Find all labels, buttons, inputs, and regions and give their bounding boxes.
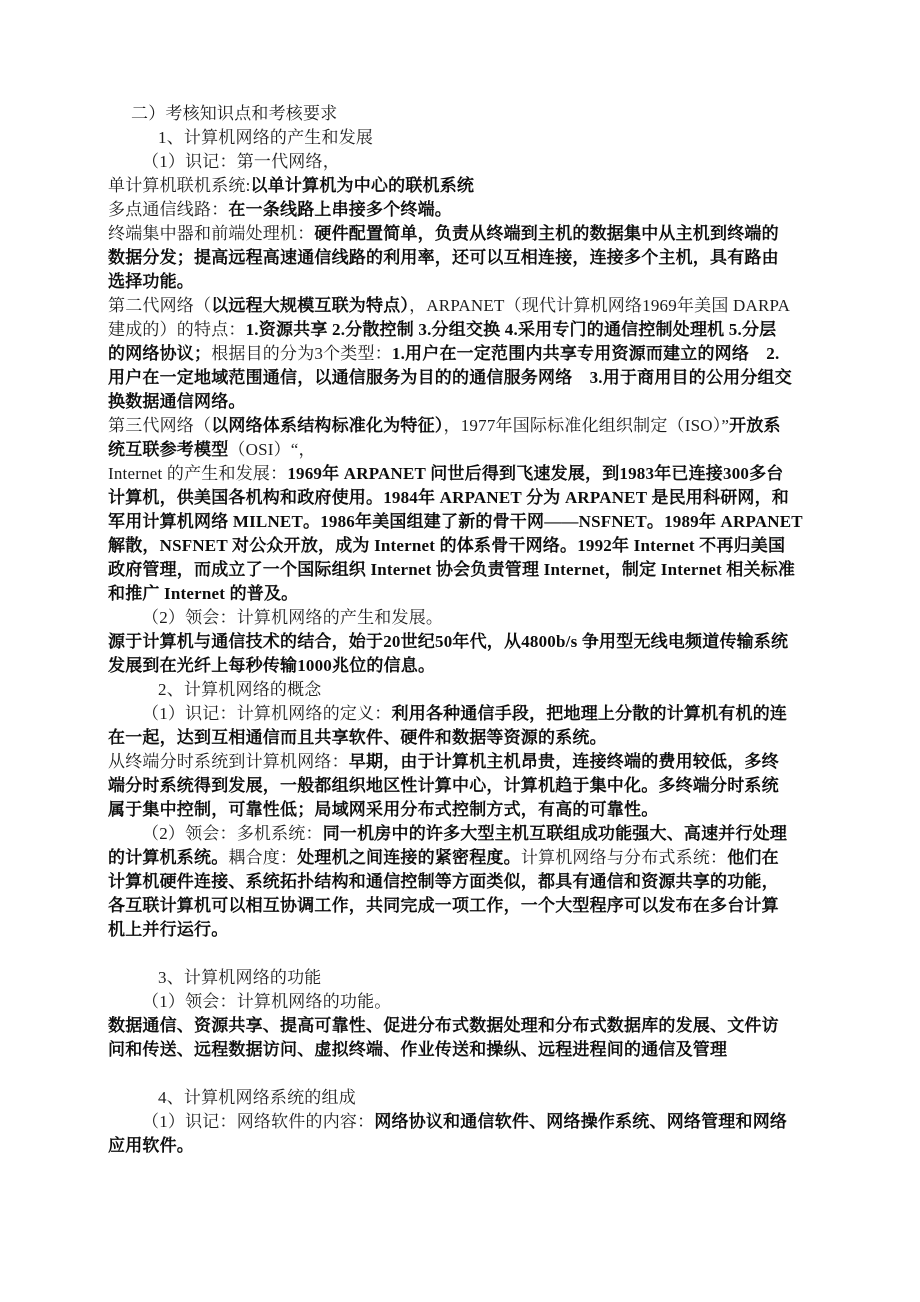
text-run: 耦合度：: [228, 848, 297, 867]
text-run: 计算机网络与分布式系统：: [521, 848, 727, 867]
text-line: 和推广 Internet 的普及。: [108, 582, 814, 606]
bold-text-run: 处理机之间连接的紧密程度。: [297, 848, 521, 867]
bold-text-run: 应用软件。: [108, 1136, 194, 1155]
text-line: 机上并行运行。: [108, 918, 814, 942]
text-line: 从终端分时系统到计算机网络：早期，由于计算机主机昂贵，连接终端的费用较低，多终: [108, 750, 814, 774]
text-line: （1）识记：网络软件的内容：网络协议和通信软件、网络操作系统、网络管理和网络: [108, 1110, 814, 1134]
bold-text-run: 在一起，达到互相通信而且共享软件、硬件和数据等资源的系统。: [108, 728, 607, 747]
blank-line: [108, 1062, 814, 1086]
text-run: 建成的）的特点：: [108, 320, 246, 339]
document-page: 二）考核知识点和考核要求1、计算机网络的产生和发展（1）识记：第一代网络，单计算…: [0, 0, 920, 1302]
text-line: 计算机硬件连接、系统拓扑结构和通信控制等方面类似，都具有通信和资源共享的功能，: [108, 870, 814, 894]
text-run: （OSI）“，: [228, 440, 315, 459]
text-line: Internet 的产生和发展：1969年 ARPANET 问世后得到飞速发展，…: [108, 462, 814, 486]
bold-text-run: 端分时系统得到发展，一般都组织地区性计算中心，计算机趋于集中化。多终端分时系统: [108, 776, 779, 795]
text-line: 终端集中器和前端处理机：硬件配置简单，负责从终端到主机的数据集中从主机到终端的: [108, 222, 814, 246]
text-line: 的网络协议；根据目的分为3个类型：1.用户在一定范围内共享专用资源而建立的网络 …: [108, 342, 814, 366]
text-line: 军用计算机网络 MILNET。1986年美国组建了新的骨干网——NSFNET。1…: [108, 510, 814, 534]
text-run: （2）领会：多机系统：: [142, 824, 323, 843]
bold-text-run: 解散，NSFNET 对公众开放，成为 Internet 的体系骨干网络。1992…: [108, 536, 785, 555]
text-line: 多点通信线路：在一条线路上串接多个终端。: [108, 198, 814, 222]
text-line: 换数据通信网络。: [108, 390, 814, 414]
text-line: 问和传送、远程数据访问、虚拟终端、作业传送和操纵、远程进程间的通信及管理: [108, 1038, 814, 1062]
bold-text-run: 早期，由于计算机主机昂贵，连接终端的费用较低，多终: [349, 752, 779, 771]
text-run: 单计算机联机系统:: [108, 176, 251, 195]
bold-text-run: 以远程大规模互联为特点）: [211, 296, 409, 315]
bold-text-run: 换数据通信网络。: [108, 392, 246, 411]
bold-text-run: 开放系: [729, 416, 781, 435]
text-line: 数据通信、资源共享、提高可靠性、促进分布式数据处理和分布式数据库的发展、文件访: [108, 1014, 814, 1038]
text-run: 多点通信线路：: [108, 200, 228, 219]
text-line: 用户在一定地域范围通信，以通信服务为目的的通信服务网络 3.用于商用目的公用分组…: [108, 366, 814, 390]
bold-text-run: 用户在一定地域范围通信，以通信服务为目的的通信服务网络 3.用于商用目的公用分组…: [108, 368, 792, 387]
bold-text-run: 在一条线路上串接多个终端。: [228, 200, 452, 219]
bold-text-run: 问和传送、远程数据访问、虚拟终端、作业传送和操纵、远程进程间的通信及管理: [108, 1040, 727, 1059]
bold-text-run: 数据分发；提高远程高速通信线路的利用率，还可以互相连接，连接多个主机，具有路由: [108, 248, 779, 267]
text-line: 1、计算机网络的产生和发展: [108, 126, 814, 150]
text-run: ，1977年国际标准化组织制定（ISO）”: [444, 416, 730, 435]
bold-text-run: 发展到在光纤上每秒传输1000兆位的信息。: [108, 656, 435, 675]
text-line: 解散，NSFNET 对公众开放，成为 Internet 的体系骨干网络。1992…: [108, 534, 814, 558]
document-body: 二）考核知识点和考核要求1、计算机网络的产生和发展（1）识记：第一代网络，单计算…: [108, 102, 814, 1158]
text-run: 二）考核知识点和考核要求: [131, 104, 337, 123]
text-line: 单计算机联机系统:以单计算机为中心的联机系统: [108, 174, 814, 198]
text-run: 根据目的分为3个类型：: [211, 344, 392, 363]
text-run: （1）领会：计算机网络的功能。: [142, 992, 392, 1011]
text-line: （1）识记：第一代网络，: [108, 150, 814, 174]
bold-text-run: 选择功能。: [108, 272, 194, 291]
text-line: 计算机，供美国各机构和政府使用。1984年 ARPANET 分为 ARPANET…: [108, 486, 814, 510]
bold-text-run: 1969年 ARPANET 问世后得到飞速发展，到1983年已连接300多台: [287, 464, 783, 483]
text-line: 建成的）的特点：1.资源共享 2.分散控制 3.分组交换 4.采用专门的通信控制…: [108, 318, 814, 342]
text-run: 第二代网络（: [108, 296, 211, 315]
bold-text-run: 统互联参考模型: [108, 440, 228, 459]
bold-text-run: 以单计算机为中心的联机系统: [251, 176, 475, 195]
text-line: 端分时系统得到发展，一般都组织地区性计算中心，计算机趋于集中化。多终端分时系统: [108, 774, 814, 798]
bold-text-run: 各互联计算机可以相互协调工作，共同完成一项工作，一个大型程序可以发布在多台计算: [108, 896, 779, 915]
bold-text-run: 计算机，供美国各机构和政府使用。1984年 ARPANET 分为 ARPANET…: [108, 488, 789, 507]
bold-text-run: 数据通信、资源共享、提高可靠性、促进分布式数据处理和分布式数据库的发展、文件访: [108, 1016, 779, 1035]
bold-text-run: 计算机硬件连接、系统拓扑结构和通信控制等方面类似，都具有通信和资源共享的功能，: [108, 872, 779, 891]
text-line: 第二代网络（以远程大规模互联为特点），ARPANET（现代计算机网络1969年美…: [108, 294, 814, 318]
bold-text-run: 1.用户在一定范围内共享专用资源而建立的网络 2.: [392, 344, 780, 363]
text-line: 二）考核知识点和考核要求: [108, 102, 814, 126]
bold-text-run: 的网络协议；: [108, 344, 211, 363]
text-run: ，ARPANET（现代计算机网络1969年美国 DARPA: [409, 296, 790, 315]
text-run: Internet 的产生和发展：: [108, 464, 287, 483]
text-run: 第三代网络（: [108, 416, 211, 435]
text-line: 政府管理，而成立了一个国际组织 Internet 协会负责管理 Internet…: [108, 558, 814, 582]
bold-text-run: 和推广 Internet 的普及。: [108, 584, 298, 603]
text-run: 3、计算机网络的功能: [158, 968, 322, 987]
bold-text-run: 网络协议和通信软件、网络操作系统、网络管理和网络: [374, 1112, 787, 1131]
bold-text-run: 源于计算机与通信技术的结合，始于20世纪50年代，从4800b/s 争用型无线电…: [108, 632, 788, 651]
text-line: 选择功能。: [108, 270, 814, 294]
text-line: 各互联计算机可以相互协调工作，共同完成一项工作，一个大型程序可以发布在多台计算: [108, 894, 814, 918]
text-line: 3、计算机网络的功能: [108, 966, 814, 990]
text-run: 终端集中器和前端处理机：: [108, 224, 314, 243]
bold-text-run: 他们在: [727, 848, 779, 867]
text-run: 4、计算机网络系统的组成: [158, 1088, 356, 1107]
text-line: （1）领会：计算机网络的功能。: [108, 990, 814, 1014]
text-line: 发展到在光纤上每秒传输1000兆位的信息。: [108, 654, 814, 678]
bold-text-run: 硬件配置简单，负责从终端到主机的数据集中从主机到终端的: [314, 224, 778, 243]
bold-text-run: 利用各种通信手段，把地理上分散的计算机有机的连: [392, 704, 788, 723]
bold-text-run: 的计算机系统。: [108, 848, 228, 867]
text-run: （1）识记：计算机网络的定义：: [142, 704, 392, 723]
text-line: 第三代网络（以网络体系结构标准化为特征），1977年国际标准化组织制定（ISO）…: [108, 414, 814, 438]
text-line: （1）识记：计算机网络的定义：利用各种通信手段，把地理上分散的计算机有机的连: [108, 702, 814, 726]
text-line: 4、计算机网络系统的组成: [108, 1086, 814, 1110]
text-line: 2、计算机网络的概念: [108, 678, 814, 702]
text-run: 1、计算机网络的产生和发展: [158, 128, 373, 147]
bold-text-run: 机上并行运行。: [108, 920, 228, 939]
text-line: 数据分发；提高远程高速通信线路的利用率，还可以互相连接，连接多个主机，具有路由: [108, 246, 814, 270]
text-line: （2）领会：多机系统：同一机房中的许多大型主机互联组成功能强大、高速并行处理: [108, 822, 814, 846]
text-run: 2、计算机网络的概念: [158, 680, 322, 699]
text-run: （2）领会：计算机网络的产生和发展。: [142, 608, 443, 627]
blank-line: [108, 942, 814, 966]
text-run: （1）识记：网络软件的内容：: [142, 1112, 374, 1131]
bold-text-run: 属于集中控制，可靠性低；局域网采用分布式控制方式，有高的可靠性。: [108, 800, 658, 819]
text-line: 应用软件。: [108, 1134, 814, 1158]
bold-text-run: 同一机房中的许多大型主机互联组成功能强大、高速并行处理: [323, 824, 787, 843]
bold-text-run: 1.资源共享 2.分散控制 3.分组交换 4.采用专门的通信控制处理机 5.分层: [246, 320, 777, 339]
bold-text-run: 以网络体系结构标准化为特征）: [211, 416, 443, 435]
text-line: 统互联参考模型（OSI）“，: [108, 438, 814, 462]
text-line: 在一起，达到互相通信而且共享软件、硬件和数据等资源的系统。: [108, 726, 814, 750]
text-line: 属于集中控制，可靠性低；局域网采用分布式控制方式，有高的可靠性。: [108, 798, 814, 822]
bold-text-run: 政府管理，而成立了一个国际组织 Internet 协会负责管理 Internet…: [108, 560, 795, 579]
text-run: 从终端分时系统到计算机网络：: [108, 752, 349, 771]
text-line: 的计算机系统。耦合度：处理机之间连接的紧密程度。计算机网络与分布式系统：他们在: [108, 846, 814, 870]
text-line: 源于计算机与通信技术的结合，始于20世纪50年代，从4800b/s 争用型无线电…: [108, 630, 814, 654]
bold-text-run: 军用计算机网络 MILNET。1986年美国组建了新的骨干网——NSFNET。1…: [108, 512, 803, 531]
text-run: （1）识记：第一代网络，: [142, 152, 340, 171]
text-line: （2）领会：计算机网络的产生和发展。: [108, 606, 814, 630]
